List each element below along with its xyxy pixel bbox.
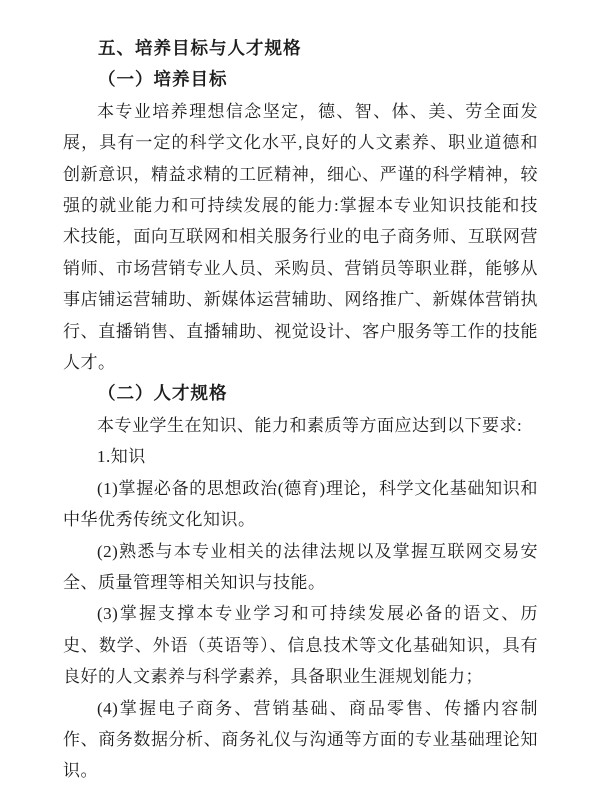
subsection-heading-talent-specifications: （二）人才规格 [63,378,538,409]
paragraph-training-objectives: 本专业培养理想信念坚定，德、智、体、美、劳全面发展，具有一定的科学文化水平,良好… [63,96,538,379]
knowledge-item-4: (4)掌握电子商务、营销基础、商品零售、传播内容制作、商务数据分析、商务礼仪与沟… [63,693,538,787]
document-page: 五、培养目标与人才规格 （一）培养目标 本专业培养理想信念坚定，德、智、体、美、… [0,0,600,800]
knowledge-item-1: (1)掌握必备的思想政治(德育)理论，科学文化基础知识和中华优秀传统文化知识。 [63,473,538,536]
knowledge-item-2: (2)熟悉与本专业相关的法律法规以及掌握互联网交易安全、质量管理等相关知识与技能… [63,536,538,599]
paragraph-talent-requirements-intro: 本专业学生在知识、能力和素质等方面应达到以下要求: [63,410,538,441]
list-heading-knowledge: 1.知识 [63,441,538,472]
section-heading: 五、培养目标与人才规格 [63,33,538,64]
knowledge-item-3: (3)掌握支撑本专业学习和可持续发展必备的语文、历史、数学、外语（英语等）、信息… [63,598,538,692]
subsection-heading-training-objectives: （一）培养目标 [63,64,538,95]
